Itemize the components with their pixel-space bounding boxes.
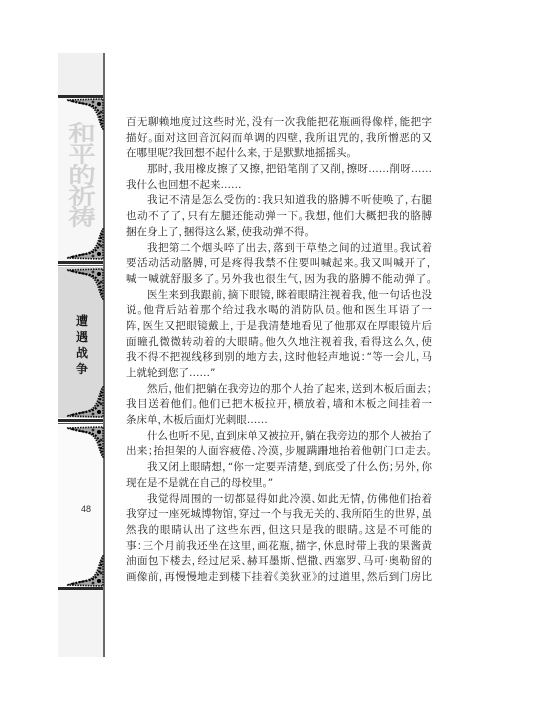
text-line: 我什么也回想不起来…… (126, 178, 432, 194)
divider-line (58, 261, 105, 264)
divider-line (58, 419, 105, 422)
page-number: 48 (76, 504, 96, 514)
corner-ornament-icon (66, 268, 104, 300)
text-line: 油面包下楼去，经过尼采、赫耳墨斯、恺撒、西塞罗、马可·奥勒留的 (126, 554, 432, 570)
text-line: 百无聊赖地度过这些时光，没有一次我能把花瓶画得像样，能把字 (126, 115, 432, 131)
text-line: 然我的眼睛认出了这些东西，但这只是我的眼睛。这是不可能的 (126, 523, 432, 539)
text-line: 我记不清是怎么受伤的：我只知道我的胳膊不听使唤了，右腿 (126, 193, 432, 209)
side-band-bottom-segment (58, 590, 104, 657)
corner-ornament-icon (66, 386, 104, 418)
text-line: 阵，医生又把眼镜戴上，于是我清楚地看见了他那双在厚眼镜片后 (126, 319, 432, 335)
chapter-title: 遭遇战争 (76, 313, 88, 377)
text-line: 医生来到我跟前，摘下眼镜，眯着眼睛注视着我，他一句话也没 (126, 288, 432, 304)
book-title: 和平的祈祷 (68, 124, 96, 229)
text-line: 面瞳孔微微转动着的大眼睛。他久久地注视着我，看得这么久，使 (126, 335, 432, 351)
text-line: 事：三个月前我还坐在这里，画花瓶，描字，休息时带上我的果酱黄 (126, 539, 432, 555)
text-line: 也动不了了，只有左腿还能动弹一下。我想，他们大概把我的胳膊 (126, 209, 432, 225)
text-line: 画像前，再慢慢地走到楼下挂着《美狄亚》的过道里，然后到门房比 (126, 570, 432, 586)
text-line: 上就轮到您了……” (126, 366, 432, 382)
divider-line (58, 265, 105, 266)
text-line: 条床单，木板后面灯光刺眼…… (126, 413, 432, 429)
divider-line (58, 423, 105, 424)
text-line: 说。他背后站着那个给过我水喝的消防队员。他和医生耳语了一 (126, 303, 432, 319)
text-line: 我把第二个烟头啐了出去，落到干草垫之间的过道里。我试着 (126, 241, 432, 257)
text-line: 我觉得周围的一切都显得如此冷漠、如此无情，仿佛他们抬着 (126, 492, 432, 508)
text-line: 捆在身上了，捆得这么紧，使我动弹不得。 (126, 225, 432, 241)
text-line: 我穿过一座死城博物馆，穿过一个与我无关的、我所陌生的世界，虽 (126, 507, 432, 523)
side-band-top-segment (58, 53, 104, 96)
corner-ornament-icon (66, 555, 104, 587)
corner-ornament-icon (66, 426, 104, 458)
corner-ornament-icon (66, 98, 104, 130)
text-line: 出来；抬担架的人面容疲倦、冷漠，步履蹒跚地抬着他朝门口走去。 (126, 444, 432, 460)
text-line: 在哪里呢？我回想不起什么来，于是默默地摇摇头。 (126, 146, 432, 162)
corner-ornament-icon (66, 228, 104, 260)
text-line: 什么也听不见，直到床单又被拉开，躺在我旁边的那个人被抬了 (126, 429, 432, 445)
body-text: 百无聊赖地度过这些时光，没有一次我能把花瓶画得像样，能把字 描好。面对这回音沉闷… (126, 115, 432, 586)
text-line: 我不得不把视线移到别的地方去，这时他轻声地说：“等一会儿，马 (126, 350, 432, 366)
text-line: 描好。面对这回音沉闷而单调的四壁，我所诅咒的，我所憎恶的又 (126, 131, 432, 147)
text-line: 我目送着他们。他们已把木板拉开，横放着，墙和木板之间挂着一 (126, 397, 432, 413)
text-line: 现在是不是就在自己的母校里。” (126, 476, 432, 492)
text-line: 我又闭上眼睛想，“你一定要弄清楚，到底受了什么伤；另外，你 (126, 460, 432, 476)
text-line: 那时，我用橡皮擦了又擦，把铅笔削了又削，擦呀……削呀…… (126, 162, 432, 178)
text-line: 喊一喊就舒服多了。另外我也很生气，因为我的胳膊不能动弹了。 (126, 272, 432, 288)
text-line: 要活动活动胳膊，可是疼得我禁不住要叫喊起来。我又叫喊开了， (126, 256, 432, 272)
text-line: 然后，他们把躺在我旁边的那个人抬了起来，送到木板后面去； (126, 382, 432, 398)
